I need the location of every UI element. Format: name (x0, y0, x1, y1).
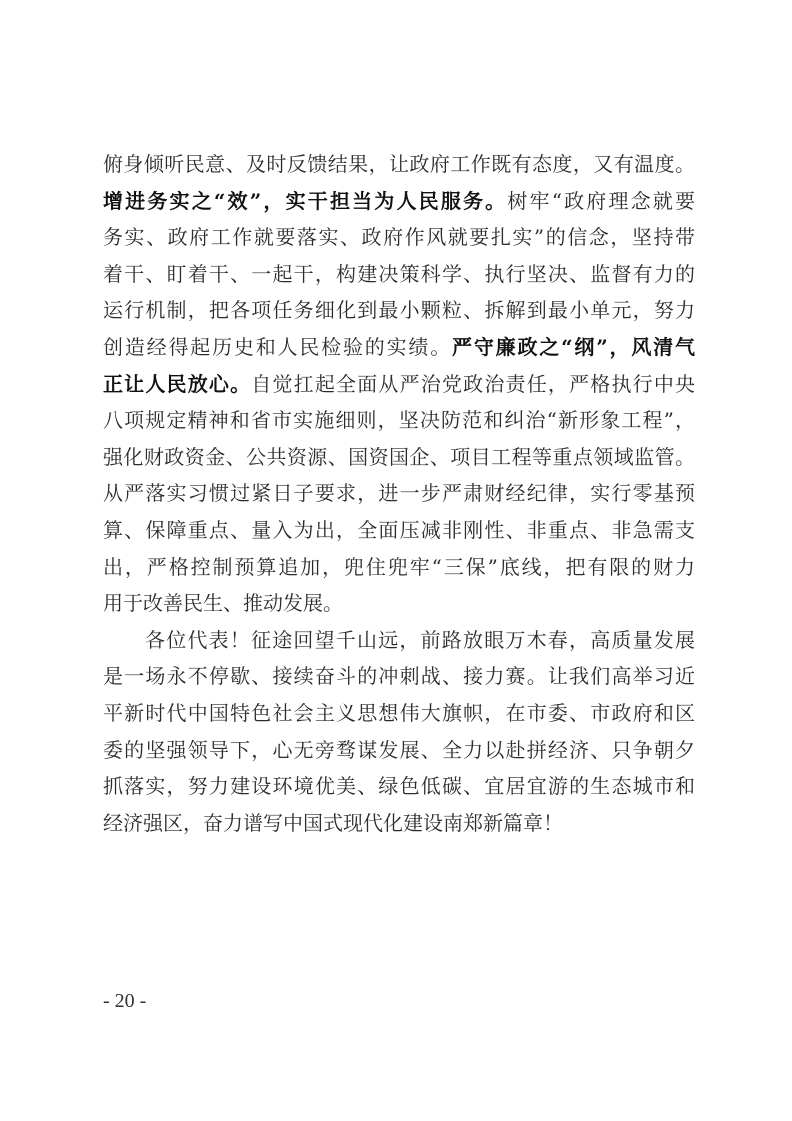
body-text-segment: 委的坚强领导下，心无旁骛谋发展、全力以赴拼经济、只争朝夕 (103, 738, 695, 762)
text-line: 经济强区，奋力谱写中国式现代化建设南郑新篇章！ (103, 805, 695, 842)
body-text-segment: 抓落实，努力建设环境优美、绿色低碳、宜居宜游的生态城市和 (103, 774, 695, 798)
body-text-segment: 运行机制，把各项任务细化到最小颗粒、拆解到最小单元，努力 (103, 298, 695, 322)
body-text-segment: 平新时代中国特色社会主义思想伟大旗帜，在市委、市政府和区 (103, 701, 695, 725)
text-line: 委的坚强领导下，心无旁骛谋发展、全力以赴拼经济、只争朝夕 (103, 732, 695, 769)
body-text-segment: 务实、政府工作就要落实、政府作风就要扎实”的信念，坚持带 (103, 225, 695, 249)
body-text-segment: 树牢“政府理念就要 (507, 189, 695, 213)
page-number: - 20 - (103, 990, 146, 1013)
body-text-segment: 是一场永不停歇、接续奋斗的冲刺战、接力赛。让我们高举习近 (103, 664, 695, 688)
body-text-segment: 出，严格控制预算追加，兜住兜牢“三保”底线，把有限的财力 (103, 555, 695, 579)
text-line: 出，严格控制预算追加，兜住兜牢“三保”底线，把有限的财力 (103, 549, 695, 586)
body-text-segment: 自觉扛起全面从严治党政治责任，严格执行中央 (251, 372, 695, 396)
body-text-segment: 强化财政资金、公共资源、国资国企、项目工程等重点领域监管。 (103, 445, 695, 469)
text-line: 算、保障重点、量入为出，全面压减非刚性、非重点、非急需支 (103, 512, 695, 549)
text-line: 用于改善民生、推动发展。 (103, 585, 695, 622)
body-text-segment: 俯身倾听民意、及时反馈结果，让政府工作既有态度，又有温度。 (103, 152, 695, 176)
document-body: 俯身倾听民意、及时反馈结果，让政府工作既有态度，又有温度。增进务实之“效”，实干… (103, 146, 695, 841)
text-line: 务实、政府工作就要落实、政府作风就要扎实”的信念，坚持带 (103, 219, 695, 256)
body-text-segment: 八项规定精神和省市实施细则，坚决防范和纠治“新形象工程”， (103, 408, 695, 432)
text-line: 正让人民放心。自觉扛起全面从严治党政治责任，严格执行中央 (103, 366, 695, 403)
body-text-segment: 各位代表！征途回望千山远，前路放眼万木春，高质量发展 (145, 628, 695, 652)
document-page: 俯身倾听民意、及时反馈结果，让政府工作既有态度，又有温度。增进务实之“效”，实干… (0, 0, 792, 1121)
text-line: 八项规定精神和省市实施细则，坚决防范和纠治“新形象工程”， (103, 402, 695, 439)
body-text-segment: 经济强区，奋力谱写中国式现代化建设南郑新篇章！ (103, 811, 563, 835)
bold-heading-text: 正让人民放心。 (103, 372, 251, 396)
text-line: 抓落实，努力建设环境优美、绿色低碳、宜居宜游的生态城市和 (103, 768, 695, 805)
body-text-segment: 着干、盯着干、一起干，构建决策科学、执行坚决、监督有力的 (103, 262, 695, 286)
body-text-segment: 从严落实习惯过紧日子要求，进一步严肃财经纪律，实行零基预 (103, 481, 695, 505)
text-line: 是一场永不停歇、接续奋斗的冲刺战、接力赛。让我们高举习近 (103, 658, 695, 695)
text-line: 增进务实之“效”，实干担当为人民服务。树牢“政府理念就要 (103, 183, 695, 220)
text-line: 俯身倾听民意、及时反馈结果，让政府工作既有态度，又有温度。 (103, 146, 695, 183)
body-text-segment: 用于改善民生、推动发展。 (103, 591, 343, 615)
body-text-segment: 创造经得起历史和人民检验的实绩。 (103, 335, 452, 359)
bold-heading-text: 严守廉政之“纲”，风清气 (452, 335, 695, 359)
text-line: 各位代表！征途回望千山远，前路放眼万木春，高质量发展 (103, 622, 695, 659)
text-line: 平新时代中国特色社会主义思想伟大旗帜，在市委、市政府和区 (103, 695, 695, 732)
text-line: 从严落实习惯过紧日子要求，进一步严肃财经纪律，实行零基预 (103, 475, 695, 512)
body-text-segment: 算、保障重点、量入为出，全面压减非刚性、非重点、非急需支 (103, 518, 695, 542)
text-line: 运行机制，把各项任务细化到最小颗粒、拆解到最小单元，努力 (103, 292, 695, 329)
text-line: 创造经得起历史和人民检验的实绩。严守廉政之“纲”，风清气 (103, 329, 695, 366)
bold-heading-text: 增进务实之“效”，实干担当为人民服务。 (103, 189, 507, 213)
text-line: 着干、盯着干、一起干，构建决策科学、执行坚决、监督有力的 (103, 256, 695, 293)
text-line: 强化财政资金、公共资源、国资国企、项目工程等重点领域监管。 (103, 439, 695, 476)
